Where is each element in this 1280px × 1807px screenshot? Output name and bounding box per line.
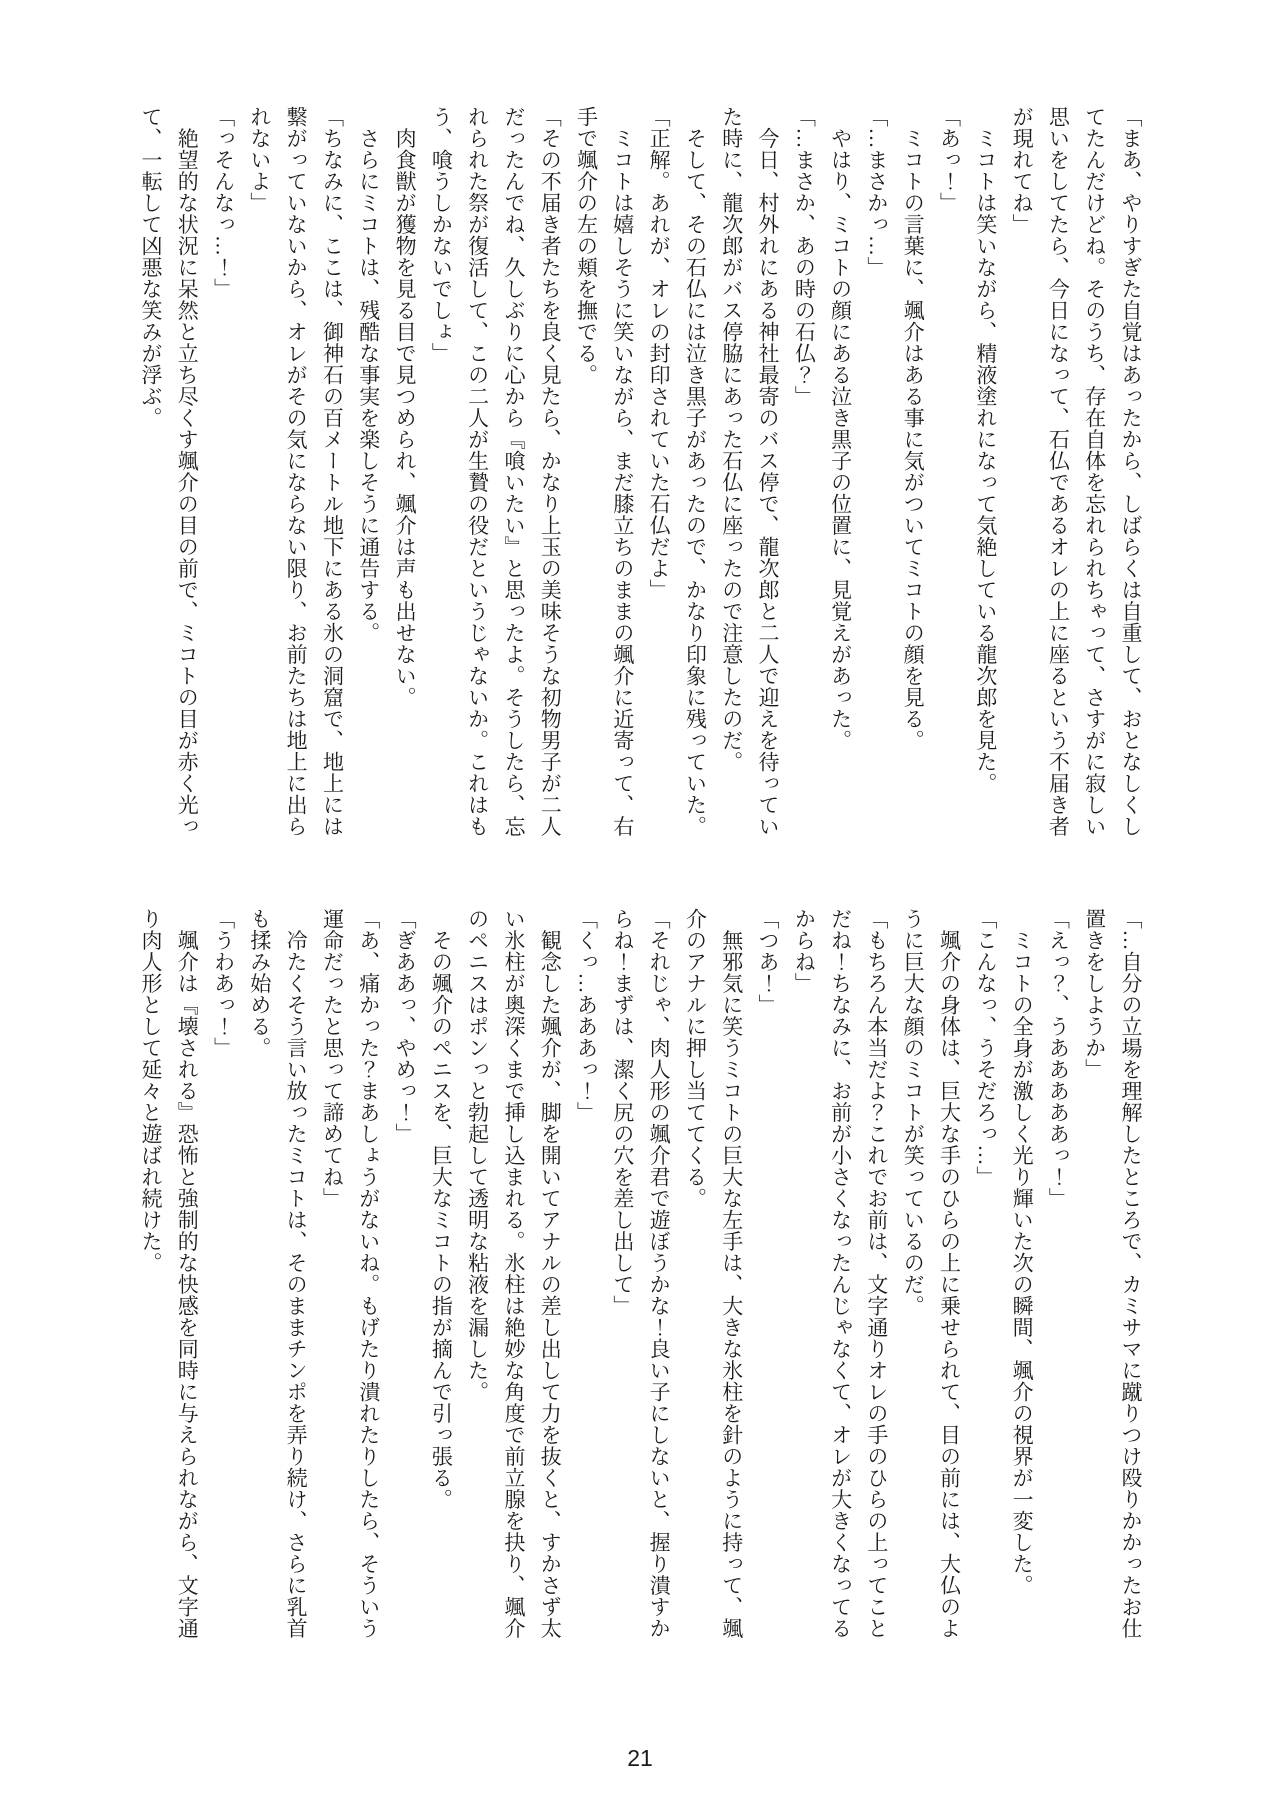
text-line: 「あ、痛かった？まあしょうがないね。もげたり潰れたりしたら、そういう — [350, 908, 386, 1652]
text-line: 「ぎああっ、やめっ！」 — [387, 908, 423, 1652]
text-line: 「それじゃ、肉人形の颯介君で遊ぼうかな！良い子にしないと、握り潰すか — [641, 908, 677, 1652]
text-line: ミコトの言葉に、颯介はある事に気がついてミコトの顔を見る。 — [895, 106, 931, 850]
text-line: やはり、ミコトの顔にある泣き黒子の位置に、見覚えがあった。 — [822, 106, 858, 850]
text-line: 観念した颯介が、脚を開いてアナルの差し出して力を抜くと、すかさず太 — [532, 908, 568, 1652]
text-line: 思いをしてたら、今日になって、石仏であるオレの上に座るという不届き者 — [1040, 106, 1076, 850]
text-line: う、喰うしかないでしょ」 — [423, 106, 459, 850]
text-line: れないよ」 — [242, 106, 278, 850]
text-line: 絶望的な状況に呆然と立ち尽くす颯介の目の前で、ミコトの目が赤く光っ — [169, 106, 205, 850]
text-line: も揉み始める。 — [242, 908, 278, 1652]
text-line: 「…まさか、あの時の石仏？」 — [786, 106, 822, 850]
text-line: 「こんなっ、うそだろっ…」 — [968, 908, 1004, 1652]
text-line: 「えっ？、うあああああっ！」 — [1040, 908, 1076, 1652]
text-line: さらにミコトは、残酷な事実を楽しそうに通告する。 — [350, 106, 386, 850]
text-line: 運命だったと思って諦めてね」 — [314, 908, 350, 1652]
text-line: 「あっ！」 — [931, 106, 967, 850]
text-line: 「…まさかっ…」 — [859, 106, 895, 850]
text-line: 「っそんなっ…！」 — [205, 106, 241, 850]
text-block-top: 「まあ、やりすぎた自覚はあったから、しばらくは自重して、おとなしくしてたんだけど… — [133, 106, 1149, 850]
text-line: 置きをしようか」 — [1076, 908, 1112, 1652]
text-line: らね！まずは、潔く尻の穴を差し出して」 — [605, 908, 641, 1652]
text-line: 「まあ、やりすぎた自覚はあったから、しばらくは自重して、おとなしくし — [1113, 106, 1149, 850]
text-line: 「ちなみに、ここは、御神石の百メートル地下にある氷の洞窟で、地上には — [314, 106, 350, 850]
text-line: ミコトの全身が激しく光り輝いた次の瞬間、颯介の視界が一変した。 — [1004, 908, 1040, 1652]
text-line: 無邪気に笑うミコトの巨大な左手は、大きな氷柱を針のように持って、颯 — [713, 908, 749, 1652]
text-line: ミコトは嬉しそうに笑いながら、まだ膝立ちのままの颯介に近寄って、右 — [605, 106, 641, 850]
text-line: 颯介の身体は、巨大な手のひらの上に乗せられて、目の前には、大仏のよ — [931, 908, 967, 1652]
text-line: からね」 — [786, 908, 822, 1652]
text-line: その颯介のペニスを、巨大なミコトの指が摘んで引っ張る。 — [423, 908, 459, 1652]
text-line: だね！ちなみに、お前が小さくなったんじゃなくて、オレが大きくなってる — [822, 908, 858, 1652]
text-line: てたんだけどね。そのうち、存在自体を忘れられちゃって、さすがに寂しい — [1076, 106, 1112, 850]
text-line: て、一転して凶悪な笑みが浮ぶ。 — [133, 106, 169, 850]
text-line: 「正解。あれが、オレの封印されていた石仏だよ」 — [641, 106, 677, 850]
text-line: り肉人形として延々と遊ばれ続けた。 — [133, 908, 169, 1652]
text-line: い氷柱が奥深くまで挿し込まれる。氷柱は絶妙な角度で前立腺を抉り、颯介 — [496, 908, 532, 1652]
text-line: 「つあ！」 — [750, 908, 786, 1652]
text-line: 「もちろん本当だよ？これでお前は、文字通りオレの手のひらの上ってこと — [859, 908, 895, 1652]
text-line: が現れてね」 — [1004, 106, 1040, 850]
text-line: 「うわあっ！」 — [205, 908, 241, 1652]
text-line: のペニスはポンっと勃起して透明な粘液を漏した。 — [459, 908, 495, 1652]
text-line: ミコトは笑いながら、精液塗れになって気絶している龍次郎を見た。 — [968, 106, 1004, 850]
text-line: うに巨大な顔のミコトが笑っているのだ。 — [895, 908, 931, 1652]
text-line: だったんでね、久しぶりに心から『喰いたい』と思ったよ。そうしたら、忘 — [496, 106, 532, 850]
text-line: 「…自分の立場を理解したところで、カミサマに蹴りつけ殴りかかったお仕 — [1113, 908, 1149, 1652]
text-line: 「その不届き者たちを良く見たら、かなり上玉の美味そうな初物男子が二人 — [532, 106, 568, 850]
text-line: れられた祭が復活して、この二人が生贄の役だというじゃないか。これはも — [459, 106, 495, 850]
text-line: 介のアナルに押し当ててくる。 — [677, 908, 713, 1652]
novel-page: 「まあ、やりすぎた自覚はあったから、しばらくは自重して、おとなしくしてたんだけど… — [0, 0, 1280, 1807]
text-line: た時に、龍次郎がバス停脇にあった石仏に座ったので注意したのだ。 — [713, 106, 749, 850]
text-line: 繋がっていないから、オレがその気にならない限り、お前たちは地上に出ら — [278, 106, 314, 850]
text-line: そして、その石仏には泣き黒子があったので、かなり印象に残っていた。 — [677, 106, 713, 850]
text-line: 颯介は『壊される』恐怖と強制的な快感を同時に与えられながら、文字通 — [169, 908, 205, 1652]
text-block-bottom: 「…自分の立場を理解したところで、カミサマに蹴りつけ殴りかかったお仕置きをしよう… — [133, 908, 1149, 1652]
text-line: 冷たくそう言い放ったミコトは、そのままチンポを弄り続け、さらに乳首 — [278, 908, 314, 1652]
page-number: 21 — [0, 1745, 1280, 1772]
text-line: 手で颯介の左の頬を撫でる。 — [568, 106, 604, 850]
text-line: 肉食獣が獲物を見る目で見つめられ、颯介は声も出せない。 — [387, 106, 423, 850]
text-line: 今日、村外れにある神社最寄のバス停で、龍次郎と二人で迎えを待ってい — [750, 106, 786, 850]
text-line: 「くっ…あああっ！」 — [568, 908, 604, 1652]
